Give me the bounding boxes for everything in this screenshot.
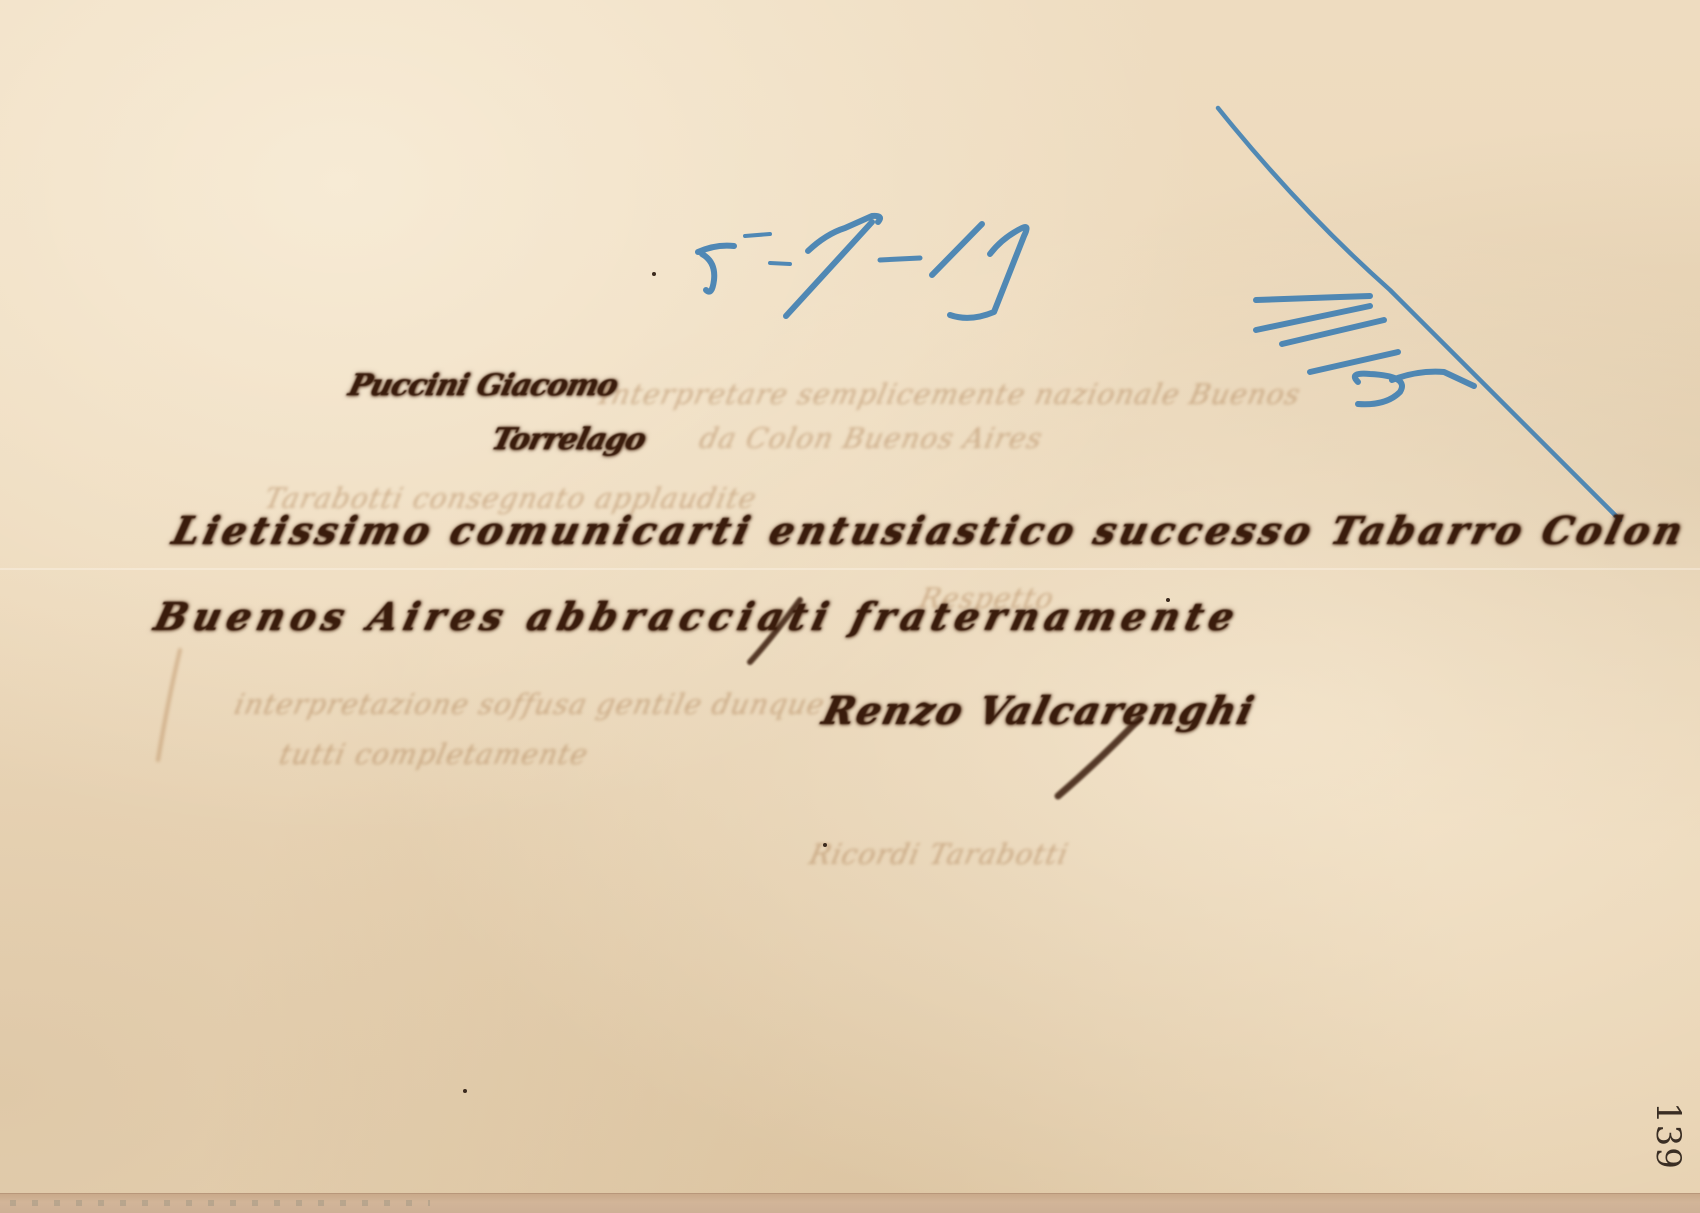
ink-speck xyxy=(463,1089,467,1093)
bleed-through-line: da Colon Buenos Aires xyxy=(696,422,1045,455)
ink-speck xyxy=(1166,598,1170,602)
bleed-through-line: interpretazione soffusa gentile dunque xyxy=(231,688,828,721)
ink-speck xyxy=(823,843,827,847)
signature: Renzo Valcarenghi xyxy=(818,688,1260,733)
document-page: Interpretare semplicemente nazionale Bue… xyxy=(0,0,1700,1213)
underlying-page-edge xyxy=(0,1193,1700,1213)
edge-markings xyxy=(10,1200,430,1206)
message-line-1: Lietissimo comunicarti entusiastico succ… xyxy=(168,508,1691,553)
date-annotation xyxy=(698,216,1027,318)
paper-fold-line xyxy=(0,568,1700,570)
bleed-through-line: Ricordi Tarabotti xyxy=(806,838,1071,871)
bleed-through-line: tutti completamente xyxy=(276,738,591,771)
diagonal-stroke xyxy=(1218,108,1620,520)
ink-speck xyxy=(652,272,656,276)
addressee-place: Torrelago xyxy=(488,422,649,457)
page-number: 139 xyxy=(1648,1102,1688,1162)
message-line-2: Buenos Aires abbracciati fraternamente xyxy=(150,594,1245,639)
addressee-name: Puccini Giacomo xyxy=(345,368,621,403)
bleed-through-line: Interpretare semplicemente nazionale Bue… xyxy=(596,378,1303,411)
